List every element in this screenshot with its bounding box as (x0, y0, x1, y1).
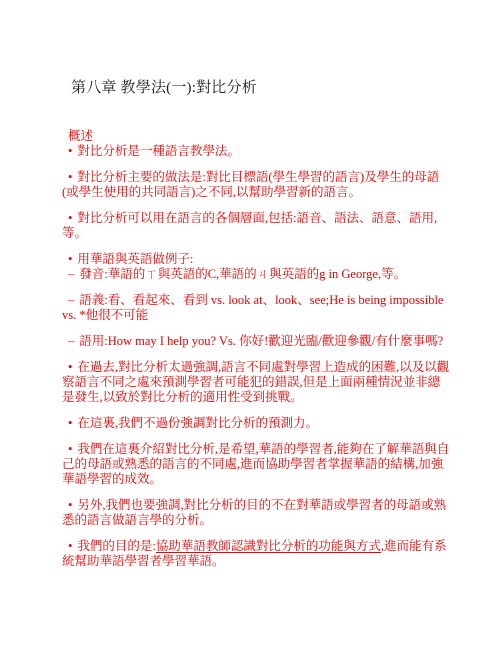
bullet-marker: • (68, 211, 72, 225)
paragraph-text: 對比分析是一種語言教學法。 (77, 144, 240, 158)
section-overview: 概述 •對比分析是一種語言教學法。 (62, 129, 450, 159)
bullet-marker: • (68, 170, 72, 184)
paragraph-text: 我們在這裏介紹對比分析,是希望,華語的學習者,能夠在了解華語與自己的母語或熟悉的… (62, 442, 449, 486)
underlined-text: 協助華語教師認識對比分析的功能與方式 (156, 539, 381, 553)
paragraph-text: 語義:看、看起來、看到 vs. look at、look、see;He is b… (62, 293, 443, 322)
bullet-paragraph: •對比分析主要的做法是:對比目標語(學生學習的語言)及學生的母語(或學生使用的共… (62, 170, 450, 200)
bullet-paragraph: •對比分析可以用在語言的各個層面,包括:語音、語法、語意、語用,等。 (62, 211, 450, 241)
bullet-paragraph: •對比分析是一種語言教學法。 (62, 144, 450, 159)
bullet-paragraph-goal: •我們的目的是:協助華語教師認識對比分析的功能與方式,進而能有系統幫助華語學習者… (62, 539, 450, 569)
section-heading: 概述 (62, 129, 450, 144)
bullet-marker: • (68, 539, 72, 553)
dash-subitem: –語用:How may I help you? Vs. 你好!歡迎光臨/歡迎參觀… (62, 334, 450, 349)
paragraph-text: 語用:How may I help you? Vs. 你好!歡迎光臨/歡迎參觀/… (79, 334, 443, 348)
dash-subitem: –語義:看、看起來、看到 vs. look at、look、see;He is … (62, 293, 450, 323)
bullet-paragraph: •用華語與英語做例子: (62, 252, 450, 267)
paragraph-text: 在這裏,我們不過份強調對比分析的預測力。 (77, 416, 318, 430)
paragraph-text: 我們的目的是: (77, 539, 155, 553)
bullet-paragraph: •另外,我們也要強調,對比分析的目的不在對華語或學習者的母語或熟悉的語言做語言學… (62, 498, 450, 528)
page-title: 第八章 教學法(一):對比分析 (62, 78, 450, 98)
paragraph-text: 用華語與英語做例子: (77, 252, 193, 266)
dash-subitem: –發音:華語的ㄒ與英語的C,華語的ㄐ與英語的g in George,等。 (62, 267, 450, 282)
bullet-marker: • (68, 144, 72, 158)
dash-marker: – (68, 267, 74, 281)
section-examples: •用華語與英語做例子: –發音:華語的ㄒ與英語的C,華語的ㄐ與英語的g in G… (62, 252, 450, 282)
bullet-paragraph: •在這裏,我們不過份強調對比分析的預測力。 (62, 416, 450, 431)
bullet-marker: • (68, 442, 72, 456)
paragraph-text: 在過去,對比分析太過強調,語言不同處對學習上造成的困難,以及以觀察語言不同之處來… (62, 360, 449, 404)
dash-marker: – (68, 293, 74, 307)
paragraph-text: 發音:華語的ㄒ與英語的C,華語的ㄐ與英語的g in George,等。 (79, 267, 406, 281)
bullet-marker: • (68, 252, 72, 266)
paragraph-text: 對比分析可以用在語言的各個層面,包括:語音、語法、語意、語用,等。 (62, 211, 437, 240)
bullet-marker: • (68, 416, 72, 430)
bullet-paragraph: •我們在這裏介紹對比分析,是希望,華語的學習者,能夠在了解華語與自己的母語或熟悉… (62, 442, 450, 487)
paragraph-text: 對比分析主要的做法是:對比目標語(學生學習的語言)及學生的母語(或學生使用的共同… (62, 170, 439, 199)
bullet-marker: • (68, 360, 72, 374)
bullet-paragraph: •在過去,對比分析太過強調,語言不同處對學習上造成的困難,以及以觀察語言不同之處… (62, 360, 450, 405)
document-page: 第八章 教學法(一):對比分析 概述 •對比分析是一種語言教學法。 •對比分析主… (0, 0, 500, 648)
bullet-marker: • (68, 498, 72, 512)
document-content: 第八章 教學法(一):對比分析 概述 •對比分析是一種語言教學法。 •對比分析主… (62, 78, 450, 580)
dash-marker: – (68, 334, 74, 348)
paragraph-text: 另外,我們也要強調,對比分析的目的不在對華語或學習者的母語或熟悉的語言做語言學的… (62, 498, 446, 527)
